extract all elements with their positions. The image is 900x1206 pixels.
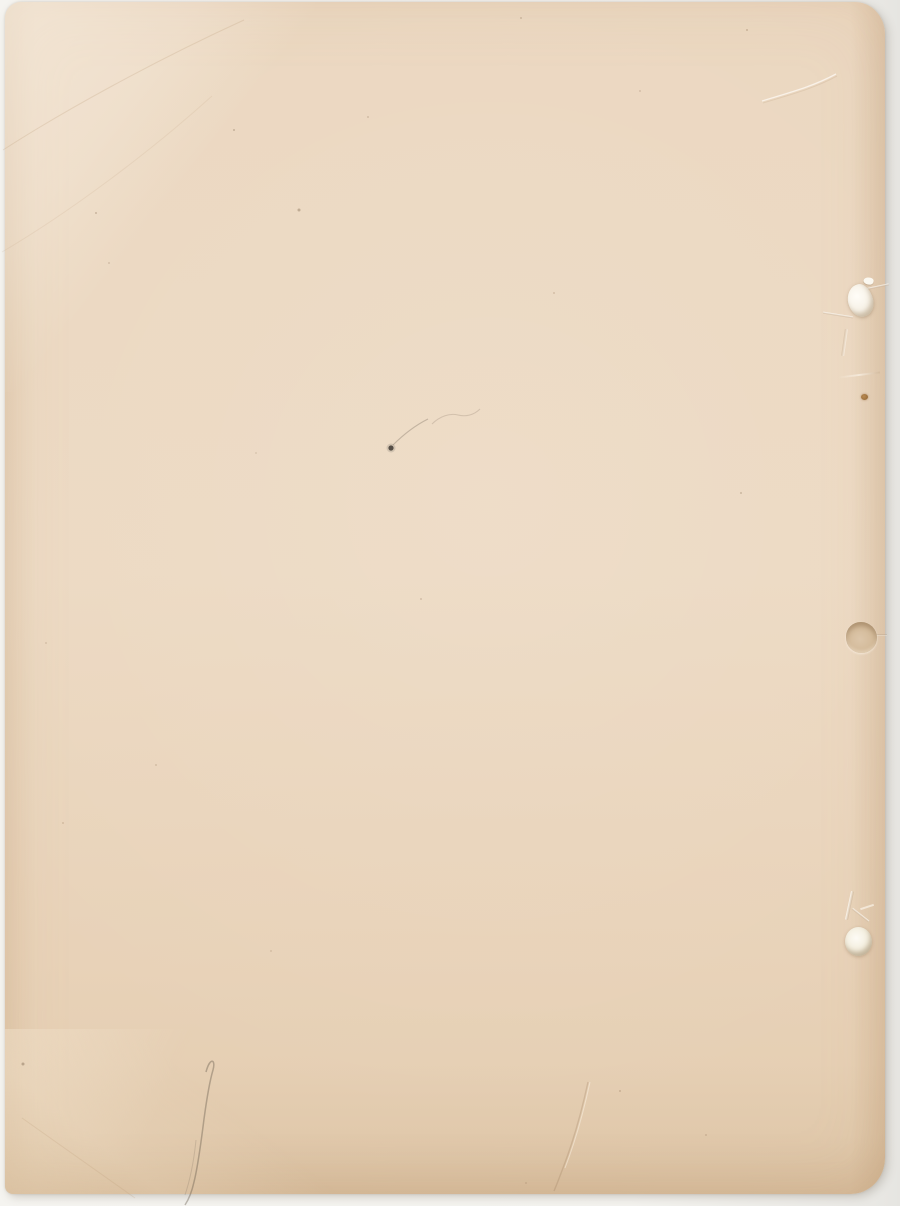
paper-specks	[5, 2, 7, 4]
punch-hole-middle-open	[846, 622, 877, 653]
tear-line-below-top-hole	[841, 329, 848, 356]
punch-hole-top-torn	[844, 281, 876, 319]
paper-page	[5, 2, 885, 1194]
bottom-left-corner-fold	[5, 1029, 405, 1194]
top-left-corner-fold	[5, 2, 315, 392]
tear-flap-above-bottom-hole	[852, 908, 870, 923]
crease-near-rust-spot	[838, 371, 880, 378]
tear-line-top-hole-left	[823, 312, 853, 319]
rust-spot	[861, 394, 868, 400]
punch-hole-bottom-torn	[845, 927, 872, 956]
scanner-bed	[0, 0, 900, 1206]
tear-line-above-bottom-hole	[845, 891, 853, 920]
tear-nick-above-bottom-hole	[860, 904, 874, 910]
scan-background: { "document": { "kind": "scanned-blank-a…	[0, 0, 900, 1206]
